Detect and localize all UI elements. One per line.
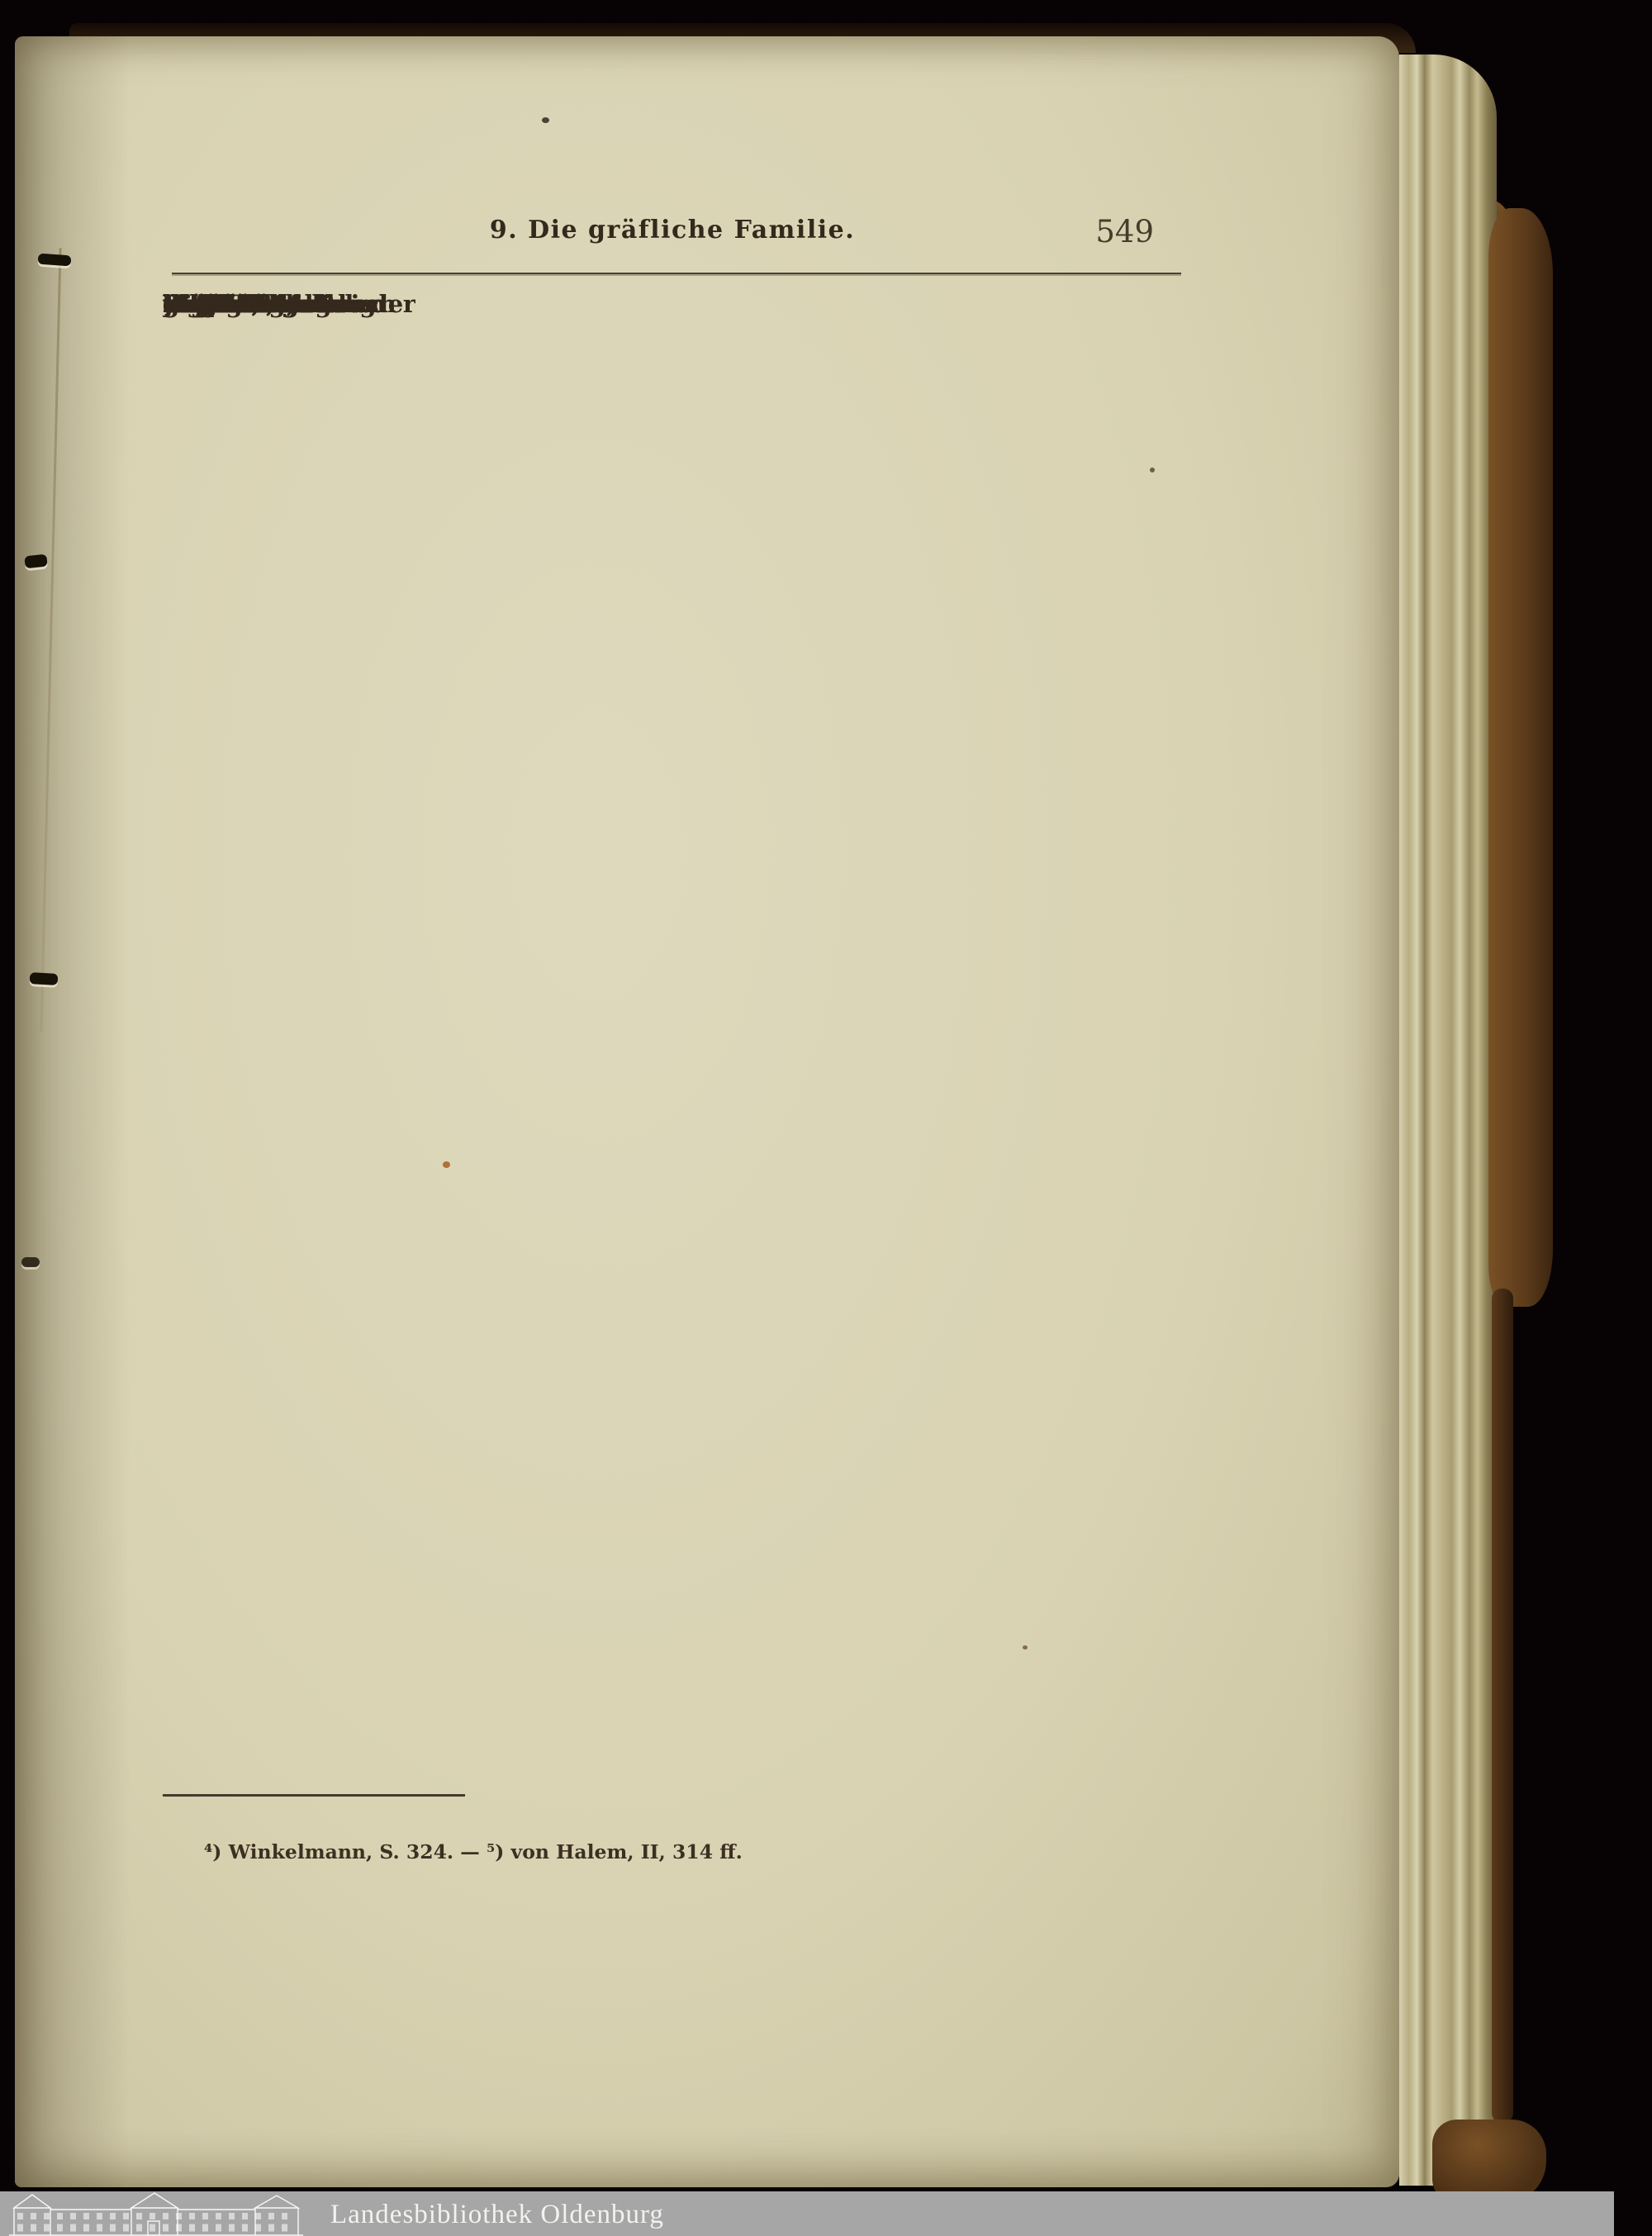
ink-speck (542, 117, 549, 123)
stitch-hole (21, 1257, 40, 1267)
chapter-title: 9. Die gräfliche Familie. (163, 211, 1182, 249)
stitch-hole (38, 254, 72, 267)
text-line: und ihre Schwester ihres Bruders Kleider… (163, 286, 298, 323)
rust-speck (443, 1161, 450, 1168)
ink-speck (1150, 468, 1155, 472)
ink-speck (1023, 1645, 1028, 1650)
header-rule (172, 273, 1181, 274)
watermark-label: Landesbibliothek Oldenburg (330, 2191, 664, 2236)
scanned-book-page: 9. Die gräfliche Familie. 549 Kinder, El… (0, 0, 1652, 2236)
page-fore-edge-stack (1399, 55, 1497, 2186)
footnote-rule (163, 1794, 465, 1797)
footnote-text: ⁴) Winkelmann, S. 324. — ⁵) von Halem, I… (163, 1835, 1182, 1868)
library-building-icon (7, 2191, 306, 2236)
stitch-hole (30, 972, 59, 985)
stitch-hole (24, 554, 47, 569)
watermark-bar: Landesbibliothek Oldenburg (0, 2191, 1614, 2236)
leather-cover-edge-thin (1492, 1289, 1513, 2123)
page-header: 9. Die gräfliche Familie. 549 (163, 211, 1182, 249)
gutter-shadow (15, 36, 131, 2187)
page-number: 549 (1095, 213, 1154, 251)
leather-cover-edge (1488, 208, 1553, 1307)
